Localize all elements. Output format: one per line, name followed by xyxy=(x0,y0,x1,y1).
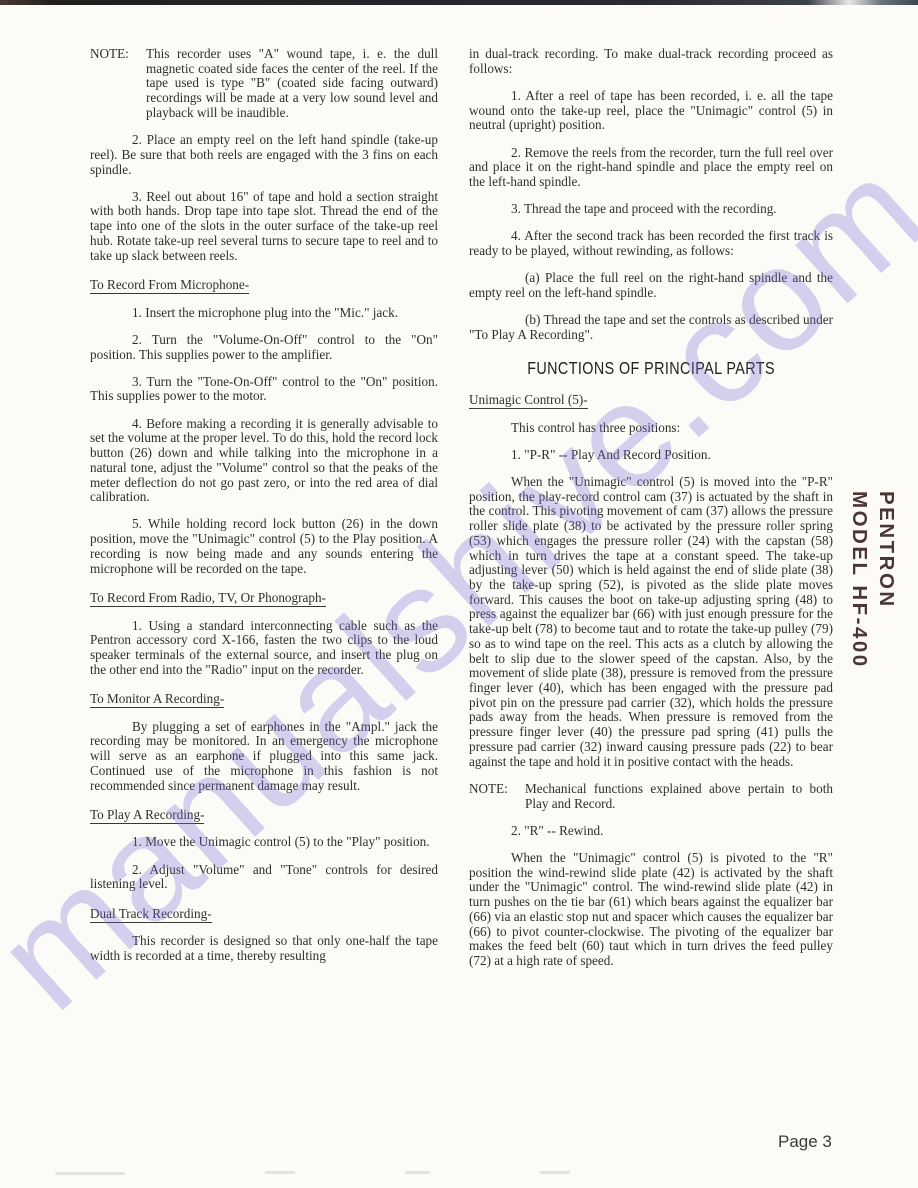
paragraph: When the "Unimagic" control (5) is moved… xyxy=(469,475,833,769)
paragraph: 5. While holding record lock button (26)… xyxy=(90,517,438,576)
paragraph: (a) Place the full reel on the right-han… xyxy=(469,271,833,300)
heading-text: To Record From Radio, TV, Or Phonograph- xyxy=(90,590,326,607)
note-block: NOTE:This recorder uses "A" wound tape, … xyxy=(90,47,438,121)
section-heading: Dual Track Recording- xyxy=(90,907,438,922)
paragraph: 3. Reel out about 16" of tape and hold a… xyxy=(90,190,438,264)
brand-name: PENTRON xyxy=(872,491,899,669)
note-block: NOTE:Mechanical functions explained abov… xyxy=(469,782,833,811)
note-label: NOTE: xyxy=(469,782,508,797)
scan-artifact xyxy=(540,1171,570,1174)
paragraph: 2. Adjust "Volume" and "Tone" controls f… xyxy=(90,863,438,892)
paragraph: 2. Remove the reels from the recorder, t… xyxy=(469,146,833,190)
paragraph: 2. Turn the "Volume-On-Off" control to t… xyxy=(90,333,438,362)
main-heading: FUNCTIONS OF PRINCIPAL PARTS xyxy=(469,359,833,379)
section-heading: To Record From Microphone- xyxy=(90,278,438,293)
section-heading: Unimagic Control (5)- xyxy=(469,393,833,408)
heading-text: To Record From Microphone- xyxy=(90,277,249,294)
page-number: Page 3 xyxy=(778,1132,832,1152)
scan-edge-artifact xyxy=(0,0,918,5)
section-heading: To Record From Radio, TV, Or Phonograph- xyxy=(90,591,438,606)
paragraph: in dual-track recording. To make dual-tr… xyxy=(469,47,833,76)
paragraph: 4. After the second track has been recor… xyxy=(469,229,833,258)
heading-text: To Play A Recording- xyxy=(90,807,204,824)
paragraph: 1. "P-R" -- Play And Record Position. xyxy=(469,448,833,463)
paragraph: 3. Turn the "Tone-On-Off" control to the… xyxy=(90,375,438,404)
section-heading: To Monitor A Recording- xyxy=(90,692,438,707)
paragraph: 2. "R" -- Rewind. xyxy=(469,824,833,839)
right-column: in dual-track recording. To make dual-tr… xyxy=(469,47,833,969)
paragraph: 1. After a reel of tape has been recorde… xyxy=(469,89,833,133)
heading-text: Dual Track Recording- xyxy=(90,906,212,923)
paragraph: 1. Move the Unimagic control (5) to the … xyxy=(90,835,438,850)
paragraph: (b) Thread the tape and set the controls… xyxy=(469,313,833,342)
scan-artifact xyxy=(405,1171,430,1174)
paragraph: When the "Unimagic" control (5) is pivot… xyxy=(469,851,833,969)
heading-text: FUNCTIONS OF PRINCIPAL PARTS xyxy=(527,359,775,379)
paragraph: 1. Insert the microphone plug into the "… xyxy=(90,306,438,321)
scan-artifact xyxy=(55,1172,125,1175)
scan-artifact xyxy=(265,1171,295,1174)
model-number: MODEL HF-400 xyxy=(846,491,873,669)
note-text: Mechanical functions explained above per… xyxy=(525,781,833,811)
paragraph: 3. Thread the tape and proceed with the … xyxy=(469,202,833,217)
heading-text: To Monitor A Recording- xyxy=(90,691,224,708)
model-sidebar: PENTRON MODEL HF-400 xyxy=(846,491,899,669)
section-heading: To Play A Recording- xyxy=(90,808,438,823)
note-label: NOTE: xyxy=(90,47,129,62)
manual-page: NOTE:This recorder uses "A" wound tape, … xyxy=(0,0,918,1188)
note-text: This recorder uses "A" wound tape, i. e.… xyxy=(146,46,438,120)
paragraph: 1. Using a standard interconnecting cabl… xyxy=(90,619,438,678)
paragraph: This control has three positions: xyxy=(469,421,833,436)
paragraph: This recorder is designed so that only o… xyxy=(90,934,438,963)
paragraph: 2. Place an empty reel on the left hand … xyxy=(90,133,438,177)
paragraph: By plugging a set of earphones in the "A… xyxy=(90,720,438,794)
left-column: NOTE:This recorder uses "A" wound tape, … xyxy=(90,47,438,964)
paragraph: 4. Before making a recording it is gener… xyxy=(90,417,438,505)
heading-text: Unimagic Control (5)- xyxy=(469,392,588,409)
